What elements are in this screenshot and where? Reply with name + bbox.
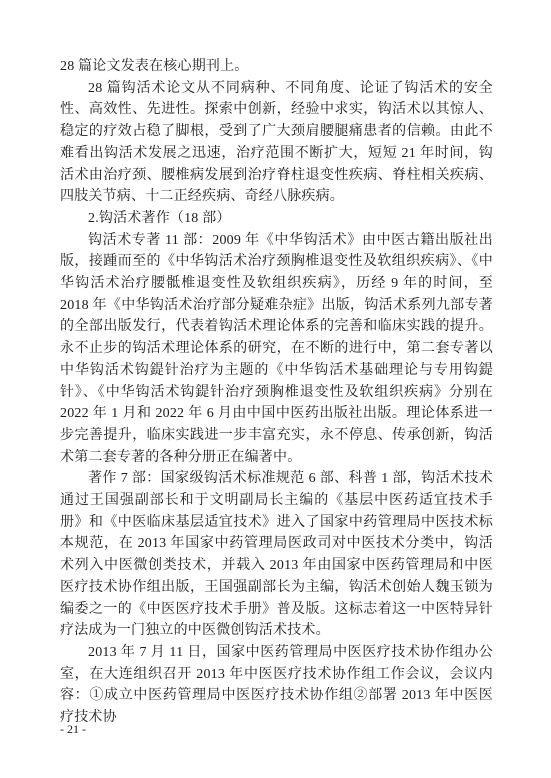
document-body: 28 篇论文发表在核心期刊上。 28 篇钩活术论文从不同病种、不同角度、论证了钩…: [60, 56, 493, 729]
page-number: - 21 -: [60, 721, 86, 737]
paragraph-2013-meeting: 2013 年 7 月 11 日，国家中医药管理局中医医疗技术协作组办公室，在大连…: [60, 642, 493, 729]
paragraph-core-journal-count: 28 篇论文发表在核心期刊上。: [60, 56, 493, 78]
document-page: 28 篇论文发表在核心期刊上。 28 篇钩活术论文从不同病种、不同角度、论证了钩…: [0, 0, 551, 778]
paragraph-monographs: 钩活术专著 11 部：2009 年《中华钩活术》由中医古籍出版社出版，接踵而至的…: [60, 230, 493, 469]
section-heading-works: 2.钩活术著作（18 部）: [60, 208, 493, 230]
paragraph-papers-overview: 28 篇钩活术论文从不同病种、不同角度、论证了钩活术的安全性、高效性、先进性。探…: [60, 78, 493, 208]
paragraph-standards-works: 著作 7 部：国家级钩活术标准规范 6 部、科普 1 部，钩活术技术通过王国强副…: [60, 468, 493, 642]
